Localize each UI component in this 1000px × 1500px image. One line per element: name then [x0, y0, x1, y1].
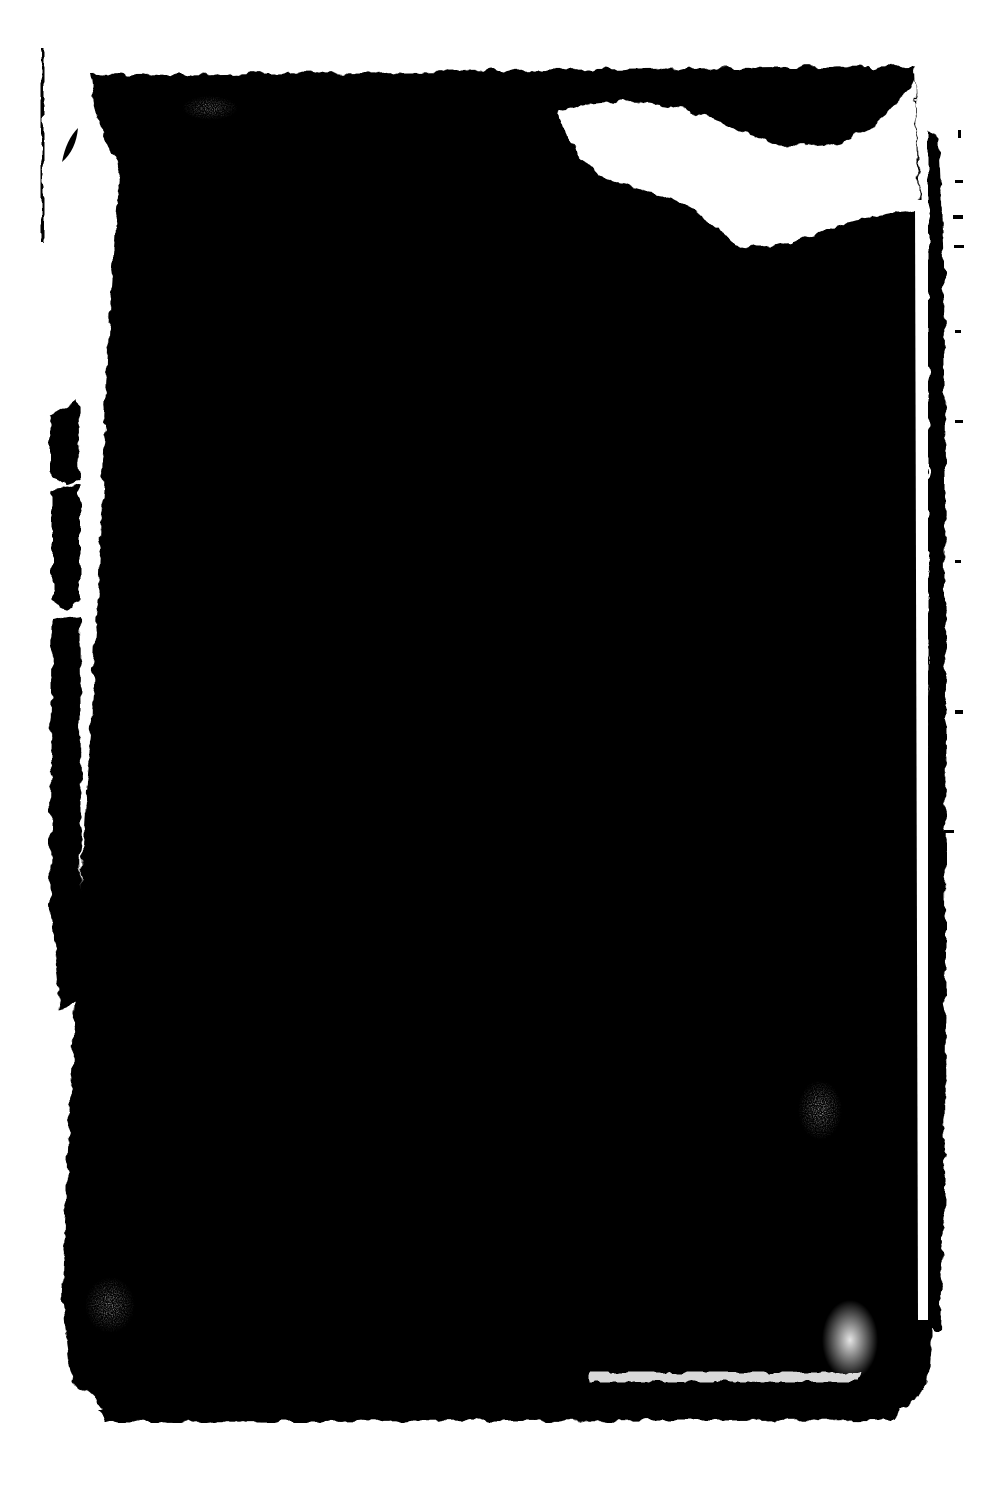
right-edge-strip [928, 130, 946, 1330]
left-thin-line [41, 48, 44, 243]
grunge-frame-artwork [0, 0, 1000, 1500]
black-frame [62, 66, 935, 1412]
left-edge-streaks [50, 400, 82, 1010]
